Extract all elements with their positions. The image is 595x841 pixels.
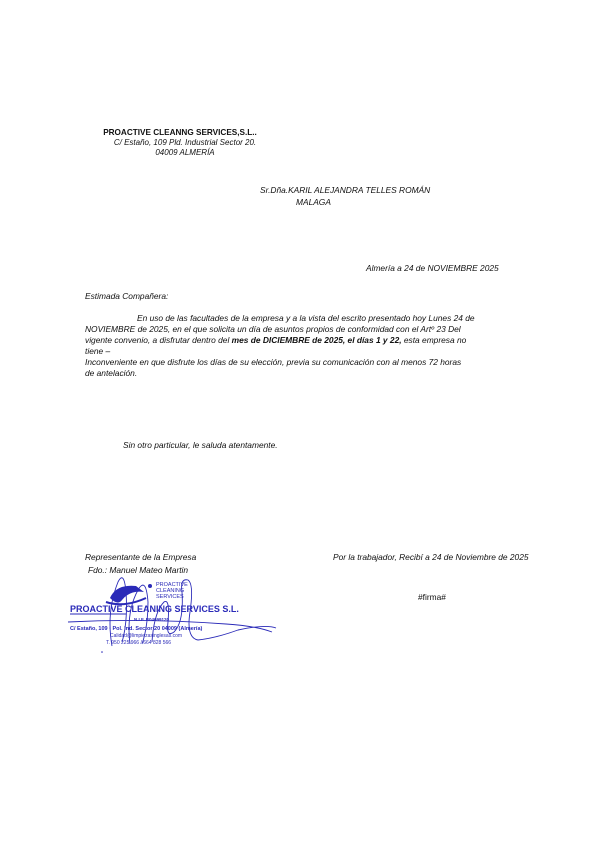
body-highlight-dates: mes de DICIEMBRE de 2025, el días 1 y 22… [232,335,402,345]
company-stamp: PROACTIVE CLEANING SERVICES PROACTIVE CL… [66,572,286,657]
sender-block: PROACTIVE CLEANNG SERVICES,S.L.. C/ Esta… [80,128,290,158]
body-line-1: En uso de las facultades de la empresa y… [137,313,475,323]
sender-address-line2: 04009 ALMERÍA [80,148,290,158]
sender-company-name: PROACTIVE CLEANNG SERVICES,S.L.. [70,128,290,138]
svg-text:T. 950 225 966 / 664 828 566: T. 950 225 966 / 664 828 566 [106,640,171,646]
body-line-2: NOVIEMBRE de 2025, en el que solicita un… [85,324,525,335]
svg-text:C/ Estaño, 109 · Pol. Ind. Sec: C/ Estaño, 109 · Pol. Ind. Sector 20 040… [70,626,203,632]
sender-address-line1: C/ Estaño, 109 Pld. Industrial Sector 20… [80,138,290,148]
recipient-city: MALAGA [296,197,331,208]
letter-body: En uso de las facultades de la empresa y… [85,313,525,379]
company-representative-label: Representante de la Empresa [85,552,196,563]
worker-receipt-label: Por la trabajador, Recibí a 24 de Noviem… [333,552,529,563]
letter-date: Almería a 24 de NOVIEMBRE 2025 [366,263,499,274]
salutation: Estimada Compañera: [85,291,168,302]
recipient-name: Sr.Dña.KARIL ALEJANDRA TELLES ROMÁN [260,185,430,196]
body-line-6: de antelación. [85,368,525,379]
stamp-graphic: PROACTIVE CLEANING SERVICES PROACTIVE CL… [66,572,286,657]
worker-signature-placeholder: #firma# [418,592,446,602]
closing-line: Sin otro particular, le saluda atentamen… [123,440,278,451]
svg-text:PROACTIVE CLEANING SERVICES S.: PROACTIVE CLEANING SERVICES S.L. [70,604,239,614]
body-line-5: Inconveniente en que disfrute los días d… [85,357,525,368]
body-line-4: tiene – [85,346,525,357]
body-line-3b: esta empresa no [402,335,467,345]
svg-text:SERVICES: SERVICES [156,594,184,600]
body-line-3a: vigente convenio, a disfrutar dentro del [85,335,232,345]
